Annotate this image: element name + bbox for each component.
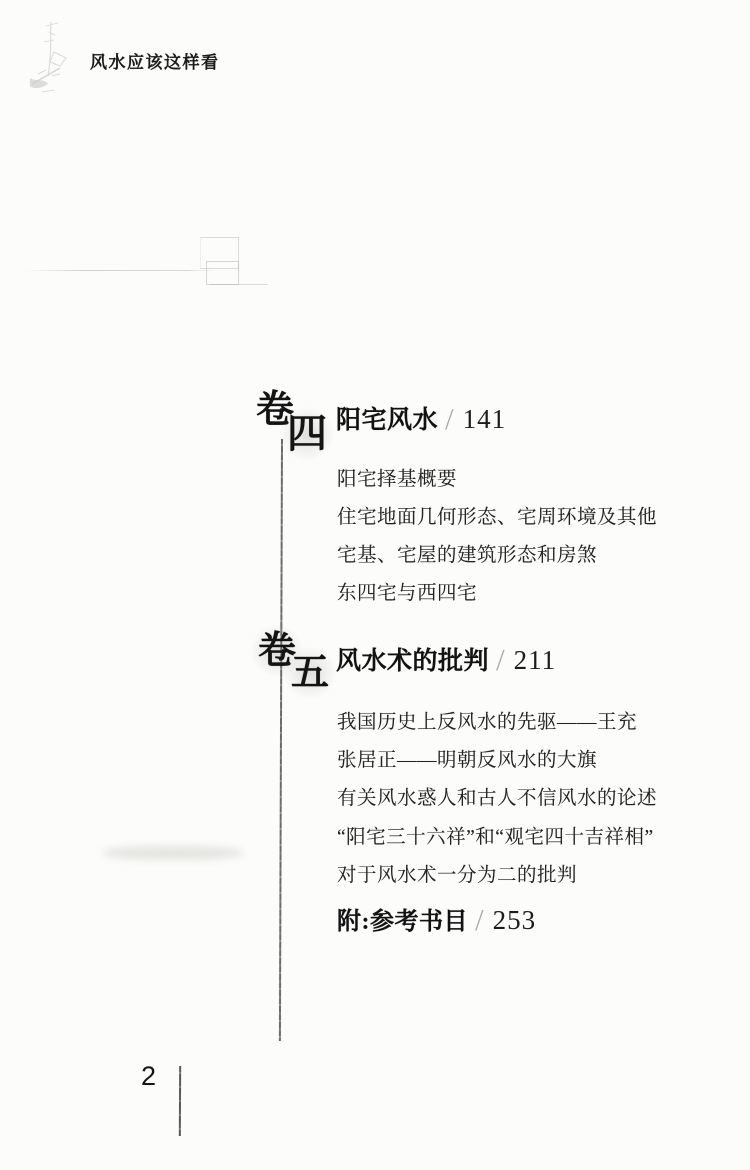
toc-entry: 张居正——明朝反风水的大旗	[337, 748, 597, 773]
toc-entry: “阳宅三十六祥”和“观宅四十吉祥相”	[337, 825, 654, 850]
page-number: 2	[141, 1061, 156, 1092]
scan-artifact-mark	[24, 18, 86, 100]
volume5-label-number: 五	[291, 654, 329, 692]
toc-entry: 对于风水术一分为二的批判	[337, 863, 577, 888]
toc-entry: 住宅地面几何形态、宅周环境及其他	[337, 505, 657, 530]
slash-separator: /	[496, 642, 505, 678]
volume5-title: 风水术的批判	[336, 641, 489, 677]
appendix-title-row: 附:参考书目 / 253	[337, 901, 536, 937]
volume4-title-row: 阳宅风水 / 141	[336, 400, 506, 436]
bleedthrough-rectangle	[206, 261, 239, 285]
volume4-page-number: 141	[463, 404, 507, 435]
section-divider-line	[279, 439, 283, 1041]
footer-divider-line	[179, 1066, 181, 1136]
volume4-label-number: 四	[287, 414, 327, 454]
slash-separator: /	[475, 902, 484, 938]
appendix-title: 附:参考书目	[337, 901, 468, 936]
volume4-title: 阳宅风水	[336, 400, 438, 436]
toc-entry: 东四宅与西四宅	[337, 581, 477, 606]
volume5-title-row: 风水术的批判 / 211	[336, 641, 556, 677]
bleedthrough-text-ghost	[103, 846, 243, 860]
bleedthrough-line	[210, 284, 268, 285]
toc-entry: 有关风水惑人和古人不信风水的论述	[337, 786, 657, 811]
scanned-book-page: 风水应该这样看 卷 四 阳宅风水 / 141 阳宅择基概要 住宅地面几何形态、宅…	[0, 0, 750, 1170]
bleedthrough-rectangle	[200, 237, 239, 269]
toc-entry: 宅基、宅屋的建筑形态和房煞	[337, 543, 597, 568]
slash-separator: /	[445, 401, 454, 437]
volume5-page-number: 211	[514, 645, 557, 676]
bleedthrough-line	[25, 270, 215, 271]
appendix-page-number: 253	[493, 905, 537, 936]
toc-entry: 阳宅择基概要	[337, 467, 457, 492]
toc-entry: 我国历史上反风水的先驱——王充	[337, 710, 637, 735]
running-header-title: 风水应该这样看	[90, 48, 220, 73]
